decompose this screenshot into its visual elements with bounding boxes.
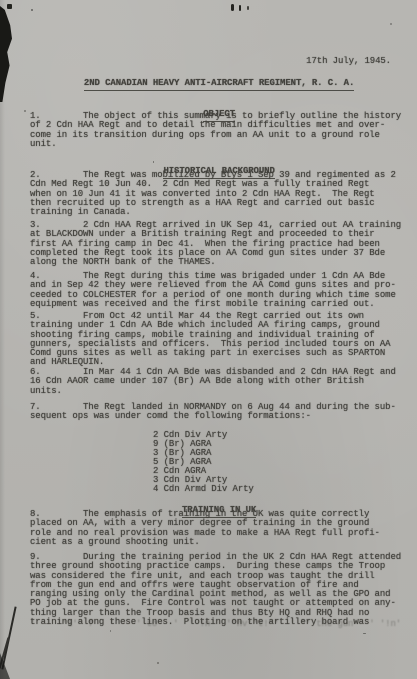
paragraph-8: 8. The emphasis of training in the UK wa… xyxy=(30,510,410,547)
paragraph-7: 7. The Regt landed in NORMANDY on 6 Aug … xyxy=(30,403,410,422)
paragraph-4: 4. The Regt during this time was brigade… xyxy=(30,272,410,309)
paragraph-9: 9. During the training period in the UK … xyxy=(30,553,410,627)
scan-speck xyxy=(7,4,12,9)
paragraph-1: 1. The object of this summary is to brie… xyxy=(30,112,410,149)
scanned-document-page: 17th July, 1945. 2ND CANADIAN HEAVY ANTI… xyxy=(0,0,417,679)
document-date: 17th July, 1945. xyxy=(306,57,391,66)
paragraph-2: 2. The Regt was mobilized by Btys 1 Sep … xyxy=(30,171,410,217)
scan-speck xyxy=(110,630,111,632)
document-title-text: 2ND CANADIAN HEAVY ANTI-AIRCRAFT REGIMEN… xyxy=(84,79,354,90)
faded-illegible-line: ' ' ''l' f ' ' to ' ' !n' ''nv''t!'' ' '… xyxy=(30,620,410,629)
scan-speck xyxy=(31,9,33,11)
paragraph-6: 6. In Mar 44 1 Cdn AA Bde was disbanded … xyxy=(30,368,410,396)
paragraph-5: 5. From Oct 42 until Mar 44 the Regt car… xyxy=(30,312,410,368)
scan-speck xyxy=(247,6,249,10)
scan-speck xyxy=(363,633,366,634)
document-title: 2ND CANADIAN HEAVY ANTI-AIRCRAFT REGIMEN… xyxy=(0,70,417,100)
scan-speck xyxy=(390,23,392,25)
paragraph-3: 3. 2 Cdn HAA Regt arrived in UK Sep 41, … xyxy=(30,221,410,267)
scan-speck xyxy=(157,662,159,664)
page-edge-line xyxy=(1,606,16,669)
formations-list: 2 Cdn Div Arty 9 (Br) AGRA 3 (Br) AGRA 5… xyxy=(153,431,254,494)
scan-speck xyxy=(239,5,241,11)
scan-speck xyxy=(231,4,234,11)
